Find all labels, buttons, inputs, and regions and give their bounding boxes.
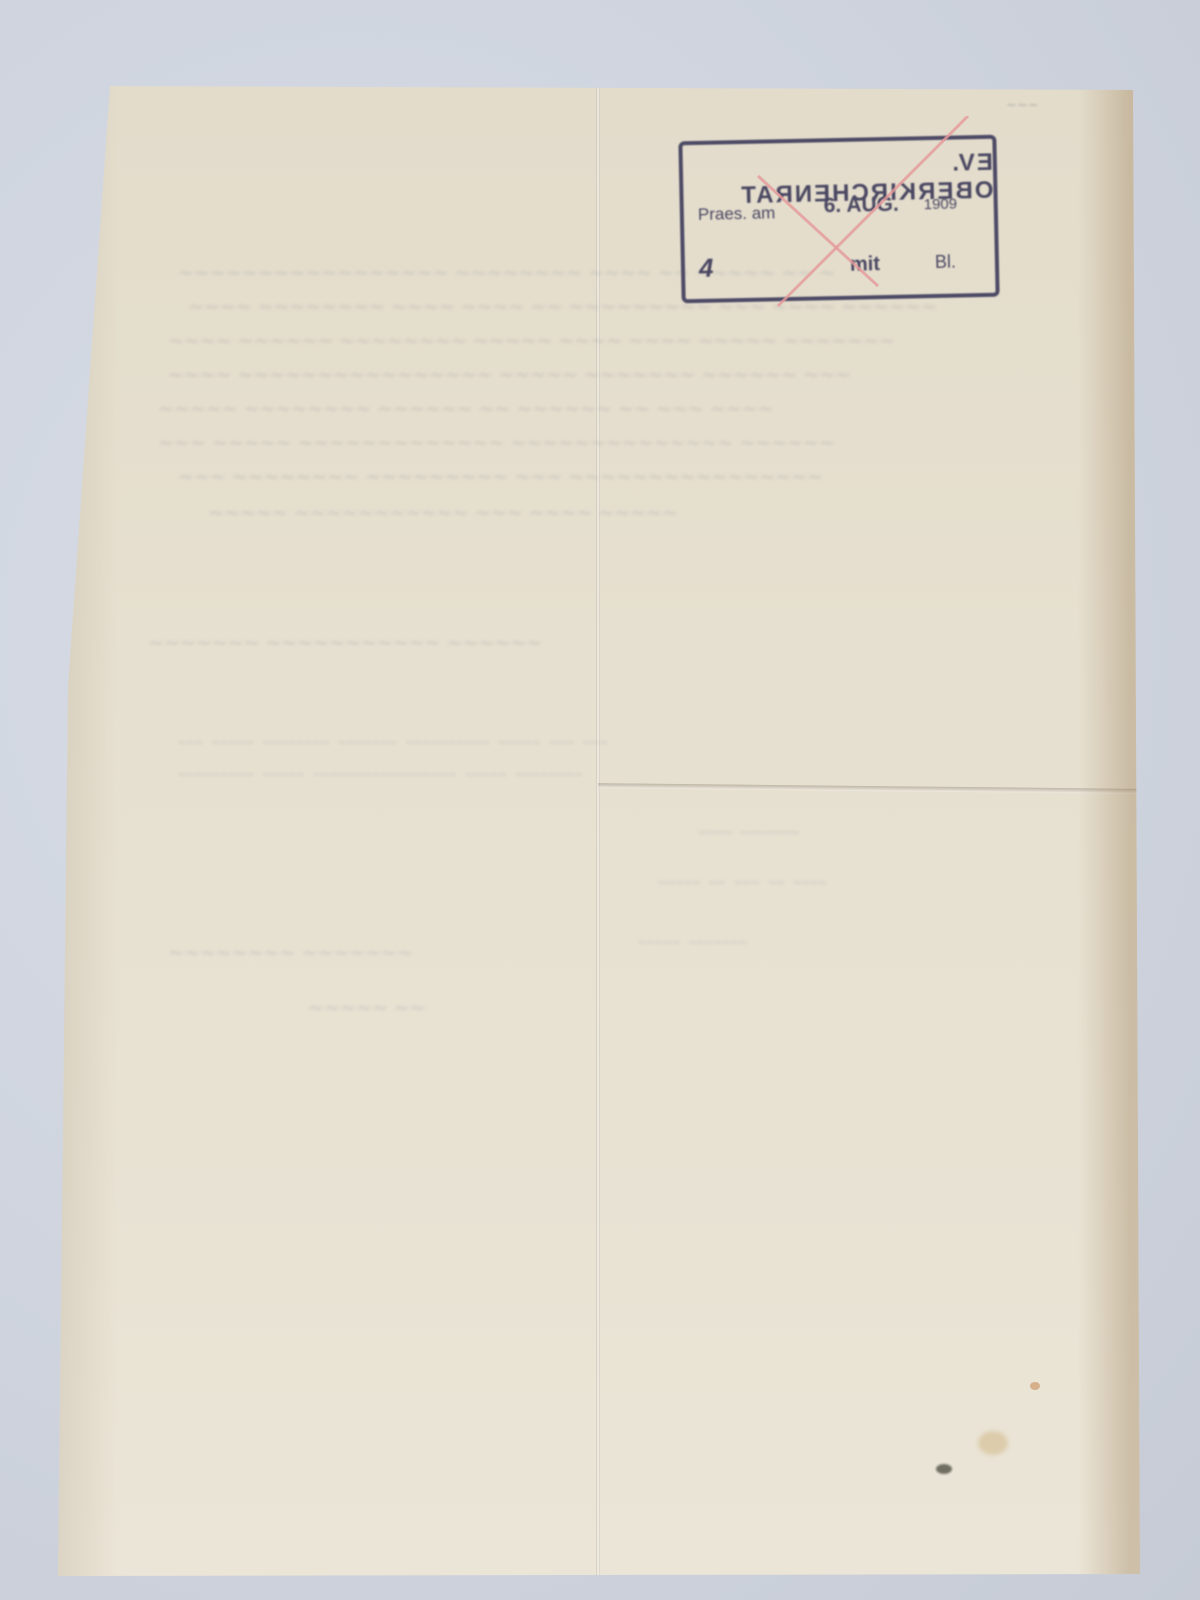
stamp-blatt: Bl. [935,252,956,273]
bleed-closing: ~~~~~~~ ~~~~~~~~~~~ ~~~~~~ [148,626,542,660]
bleed-line: ~~~ ~~~~~~~~ ~~~~~~~~~ ~~~ ~~~~~~~~~~~~~… [178,460,823,494]
registry-stamp: EV. OBERKIRCHENRAT Praes. am 6. AUG. 190… [678,135,999,304]
bleed-line: ~~~~ ~~~~~~ ~~~~~~~~ ~~~~~ ~~~~ ~~~~ ~~~… [168,324,895,358]
bleed-signature-2: ~~~~~ ~~ [308,991,425,1025]
stamp-mit: mit [850,253,880,277]
bleed-line: ~~~~~ ~~~~~~~~~~~ ~~~ ~~~~ ~~~~~ [208,496,678,530]
stamp-authority: EV. OBERKIRCHENRAT [695,149,994,211]
stamp-year: 1909 [924,196,958,214]
stain-spot [1030,1382,1040,1390]
bleed-line: ~~~~~~~~~~~~~~~~~ ~~~~~~~~ ~~~~ ~~ ~~~~~… [178,256,835,290]
stain-spot [978,1431,1008,1455]
bleed-typed-line: ~~~~~~~~~ ~~~~~ ~~~~~~~~~~~~~~~~~ ~~~~~ … [178,758,583,792]
bleed-right-line: ~~~~~ ~~ ~~~ ~~ ~~~~ [658,866,827,900]
horizontal-fold-crease [598,783,1138,794]
paper-sheet: ~~~ ~~~~~~~~~~~~~~~~~ ~~~~~~~~ ~~~~ ~~ ~… [58,86,1158,1576]
bleed-line: ~~~ ~~~~~ ~~~~~~~~~~~~~ ~~~~~~~~~~~~~~ ~… [158,426,835,460]
ink-spot [936,1464,952,1474]
bleed-right-line: ~~~~~ ~~~~~~~ [638,926,748,960]
vertical-fold-crease [596,86,600,1576]
bleed-line: ~~~~ ~~~~~~~~~~~~~~~~ ~~~~~ ~~~~~~~ ~~~~… [168,358,851,392]
stamp-date: 6. AUG. [823,193,899,219]
bleed-line: ~~~~ ~~~~~~~~ ~~~~ ~~~~ ~~ ~~~~~~~~~ ~~~… [188,290,937,324]
corner-pencil-note: ~~~ [1006,98,1039,113]
red-cross-mark [718,116,1018,316]
stamp-praes-label: Praes. am [698,203,776,225]
stamp-number: 4 [699,253,714,284]
bleed-typed-line: ~~~ ~~~~~ ~~~~~~~~ ~~~~~~~ ~~~~~~~~~~ ~~… [178,726,608,760]
bleed-line: ~~~~~ ~~~~~~~~ ~~~~~~ ~~ ~~~~~~ ~~ ~~~ ~… [158,392,773,426]
bleed-signature: ~~~~~~~~ ~~~~~~~ [168,936,413,970]
bleed-right-line: ~~~~ ~~~~~~~ [698,816,799,850]
